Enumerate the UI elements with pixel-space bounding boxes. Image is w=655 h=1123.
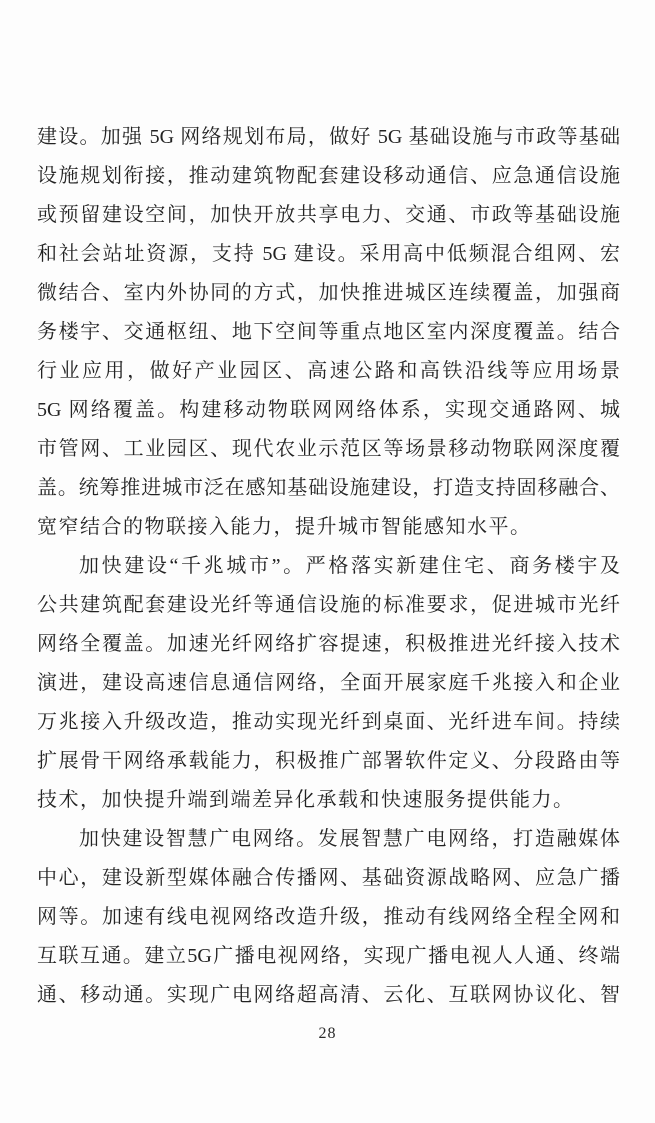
text-line: 和社会站址资源，支持 5G 建设。采用高中低频混合组网、宏 <box>37 235 620 274</box>
text-line: 扩展骨干网络承载能力，积极推广部署软件定义、分段路由等 <box>37 742 620 781</box>
text-line: 微结合、室内外协同的方式，加快推进城区连续覆盖，加强商 <box>37 274 620 313</box>
text-line: 宽窄结合的物联接入能力，提升城市智能感知水平。 <box>37 508 620 547</box>
text-line: 技术，加快提升端到端差异化承载和快速服务提供能力。 <box>37 781 620 820</box>
text-line: 或预留建设空间，加快开放共享电力、交通、市政等基础设施 <box>37 196 620 235</box>
text-line: 市管网、工业园区、现代农业示范区等场景移动物联网深度覆 <box>37 430 620 469</box>
document-page: 建设。加强 5G 网络规划布局，做好 5G 基础设施与市政等基础设施规划衔接，推… <box>0 0 655 1123</box>
text-line: 建设。加强 5G 网络规划布局，做好 5G 基础设施与市政等基础 <box>37 118 620 157</box>
text-line: 互联互通。建立5G广播电视网络，实现广播电视人人通、终端 <box>37 937 620 976</box>
text-line: 网络全覆盖。加速光纤网络扩容提速，积极推进光纤接入技术 <box>37 625 620 664</box>
text-line: 网等。加速有线电视网络改造升级，推动有线网络全程全网和 <box>37 898 620 937</box>
body-text: 建设。加强 5G 网络规划布局，做好 5G 基础设施与市政等基础设施规划衔接，推… <box>37 118 620 1015</box>
page-number-label: 28 <box>0 1022 655 1046</box>
text-line: 盖。统筹推进城市泛在感知基础设施建设，打造支持固移融合、 <box>37 469 620 508</box>
text-line: 务楼宇、交通枢纽、地下空间等重点地区室内深度覆盖。结合 <box>37 313 620 352</box>
text-line: 公共建筑配套建设光纤等通信设施的标准要求，促进城市光纤 <box>37 586 620 625</box>
text-line: 加快建设智慧广电网络。发展智慧广电网络，打造融媒体 <box>37 820 620 859</box>
text-line: 中心，建设新型媒体融合传播网、基础资源战略网、应急广播 <box>37 859 620 898</box>
text-line: 万兆接入升级改造，推动实现光纤到桌面、光纤进车间。持续 <box>37 703 620 742</box>
text-line: 加快建设“千兆城市”。严格落实新建住宅、商务楼宇及 <box>37 547 620 586</box>
text-line: 演进，建设高速信息通信网络，全面开展家庭千兆接入和企业 <box>37 664 620 703</box>
text-line: 设施规划衔接，推动建筑物配套建设移动通信、应急通信设施 <box>37 157 620 196</box>
text-line: 5G 网络覆盖。构建移动物联网网络体系，实现交通路网、城 <box>37 391 620 430</box>
text-line: 通、移动通。实现广电网络超高清、云化、互联网协议化、智 <box>37 976 620 1015</box>
text-line: 行业应用，做好产业园区、高速公路和高铁沿线等应用场景 <box>37 352 620 391</box>
